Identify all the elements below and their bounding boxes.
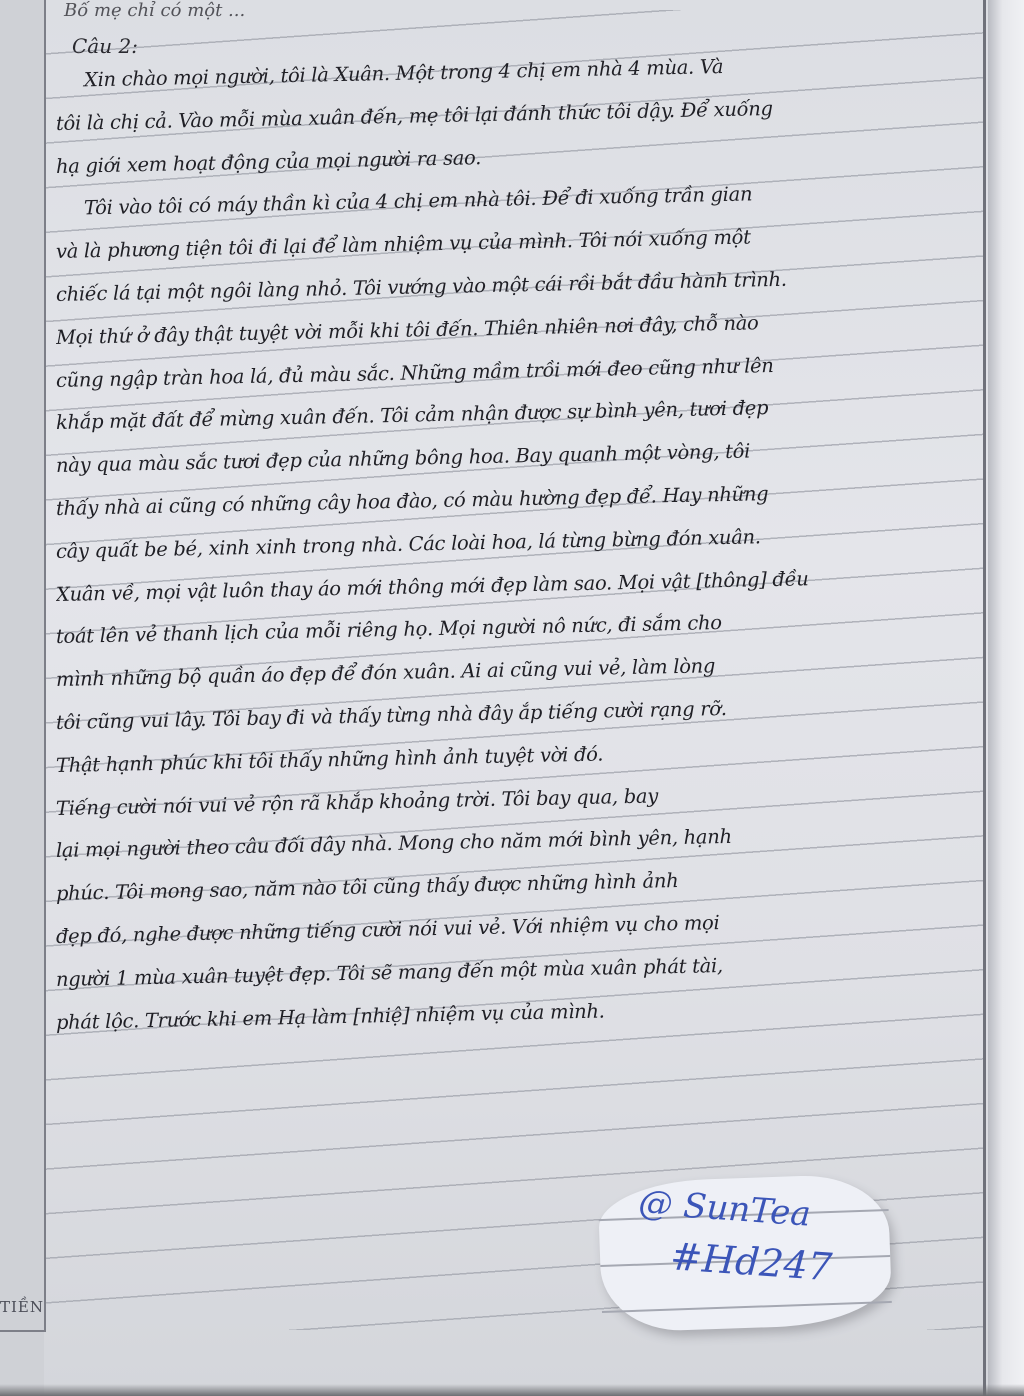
left-margin bbox=[0, 0, 44, 1396]
question-label: Câu 2: bbox=[72, 34, 138, 58]
slip-rule bbox=[602, 1301, 892, 1313]
margin-rule bbox=[44, 0, 46, 1330]
essay-body: Xin chào mọi người, tôi là Xuân. Một tro… bbox=[56, 60, 984, 1044]
bottom-shadow bbox=[0, 1384, 1024, 1396]
notebook-page: Bố mẹ chỉ có một ... Câu 2: Xin chào mọi… bbox=[0, 0, 1024, 1396]
page-edge bbox=[988, 0, 1024, 1396]
header-fragment: Bố mẹ chỉ có một ... bbox=[64, 0, 245, 21]
watermark-slip: @ SunTea #Hd247 bbox=[597, 1173, 892, 1333]
watermark-handle: @ SunTea bbox=[637, 1183, 812, 1235]
watermark-tag: #Hd247 bbox=[669, 1234, 834, 1289]
margin-label: TIỀN bbox=[0, 1298, 44, 1316]
